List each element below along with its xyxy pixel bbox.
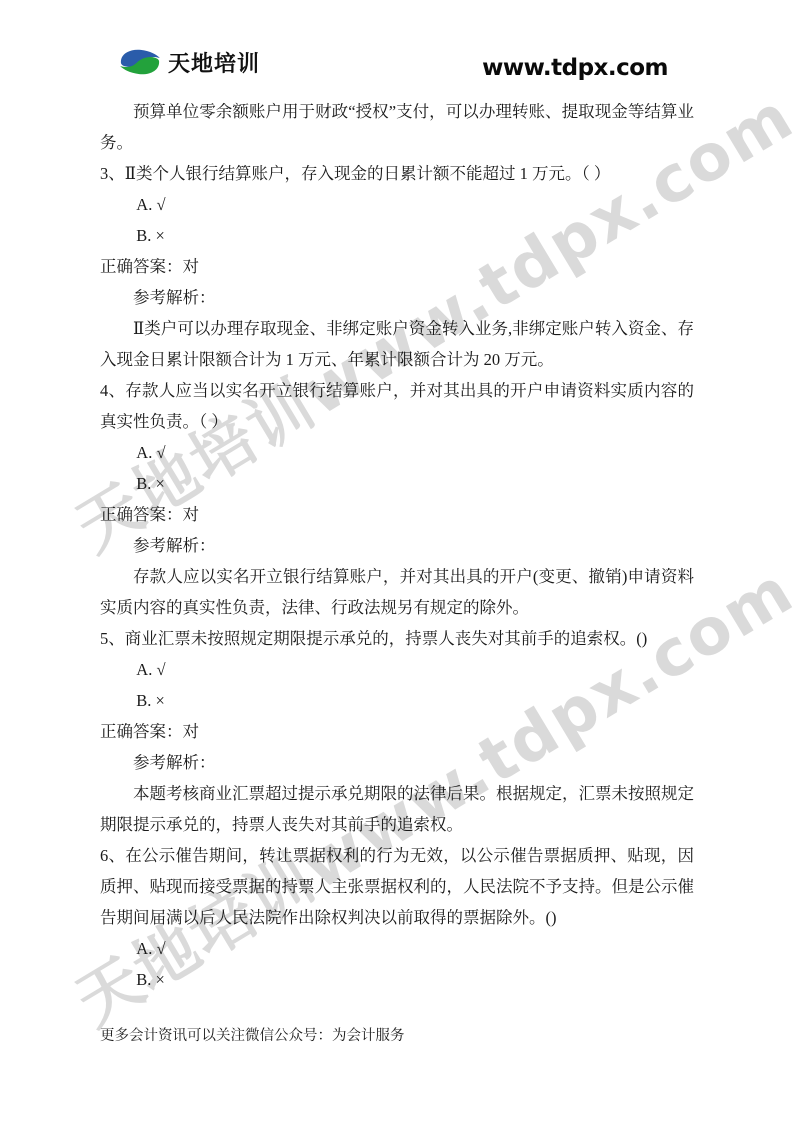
document-page: 天地培训www.tdpx.com 天地培训www.tdpx.com 天地培训 w… [0,0,793,1122]
question-3-option-a: A. √ [100,189,694,220]
brand-name: 天地培训 [168,47,260,78]
question-4-option-b: B. × [100,468,694,499]
brand-logo: 天地培训 [118,46,260,78]
question-5-option-a: A. √ [100,654,694,685]
question-5-option-b: B. × [100,685,694,716]
question-3-analysis-label: 参考解析： [100,282,694,313]
question-4-option-a: A. √ [100,437,694,468]
question-3: 3、Ⅱ类个人银行结算账户，存入现金的日累计额不能超过 1 万元。（ ） [100,158,694,189]
question-5-analysis: 本题考核商业汇票超过提示承兑期限的法律后果。根据规定，汇票未按照规定期限提示承兑… [100,778,694,840]
site-url: www.tdpx.com [482,55,668,81]
question-4-analysis: 存款人应以实名开立银行结算账户，并对其出具的开户(变更、撤销)申请资料实质内容的… [100,561,694,623]
question-5-answer: 正确答案：对 [100,716,694,747]
footer-note: 更多会计资讯可以关注微信公众号：为会计服务 [100,1026,405,1046]
question-3-answer: 正确答案：对 [100,251,694,282]
question-4-answer: 正确答案：对 [100,499,694,530]
question-3-option-b: B. × [100,220,694,251]
question-6: 6、在公示催告期间，转让票据权利的行为无效，以公示催告票据质押、贴现，因质押、贴… [100,840,694,933]
question-3-analysis: Ⅱ类户可以办理存取现金、非绑定账户资金转入业务,非绑定账户转入资金、存入现金日累… [100,313,694,375]
statement-paragraph: 预算单位零余额账户用于财政“授权”支付，可以办理转账、提取现金等结算业务。 [100,96,694,158]
question-5-analysis-label: 参考解析： [100,747,694,778]
question-5: 5、商业汇票未按照规定期限提示承兑的，持票人丧失对其前手的追索权。() [100,623,694,654]
question-6-option-b: B. × [100,964,694,995]
question-4: 4、存款人应当以实名开立银行结算账户，并对其出具的开户申请资料实质内容的真实性负… [100,375,694,437]
tiandi-swirl-icon [118,46,162,78]
question-6-option-a: A. √ [100,933,694,964]
question-4-analysis-label: 参考解析： [100,530,694,561]
exam-content: 预算单位零余额账户用于财政“授权”支付，可以办理转账、提取现金等结算业务。 3、… [100,96,694,995]
